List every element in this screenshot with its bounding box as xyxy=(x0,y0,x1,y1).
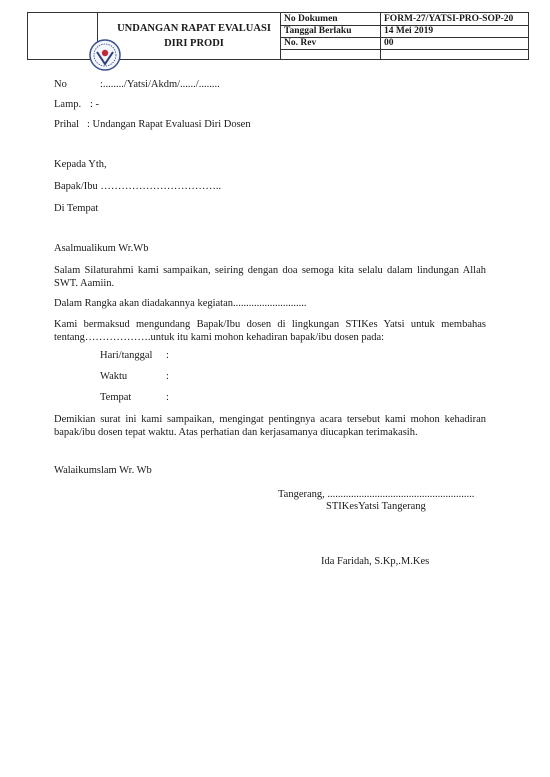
meta-value: FORM-27/YATSI-PRO-SOP-20 xyxy=(384,13,513,25)
detail-colon: : xyxy=(166,350,169,361)
closing-greeting: Walaikumslam Wr. Wb xyxy=(54,464,152,477)
letter-number: No :......../Yatsi/Akdm/....../........ xyxy=(54,78,67,91)
recipient-line-1: Kepada Yth, xyxy=(54,158,107,171)
detail-colon: : xyxy=(166,371,169,382)
field-label: No xyxy=(54,79,67,90)
institution-name: STIKesYatsi Tangerang xyxy=(326,500,426,513)
detail-label: Hari/tanggal xyxy=(100,350,152,361)
meta-label: No. Rev xyxy=(284,37,316,49)
meta-value: 00 xyxy=(384,37,394,49)
institution-seal-icon xyxy=(88,38,122,72)
meta-value: 14 Mei 2019 xyxy=(384,25,433,37)
detail-label: Waktu xyxy=(100,371,127,382)
signatory-name: Ida Faridah, S.Kp,.M.Kes xyxy=(321,555,429,568)
document-title: UNDANGAN RAPAT EVALUASI DIRI PRODI xyxy=(98,13,281,59)
document-title-text: UNDANGAN RAPAT EVALUASI DIRI PRODI xyxy=(108,21,280,51)
field-label: Prihal xyxy=(54,119,79,130)
detail-colon: : xyxy=(166,392,169,403)
meta-label: No Dokumen xyxy=(284,13,338,25)
field-value: : Undangan Rapat Evaluasi Diri Dosen xyxy=(87,118,251,131)
meta-label: Tanggal Berlaku xyxy=(284,25,352,37)
paragraph-salutation: Salam Silaturahmi kami sampaikan, seirin… xyxy=(54,264,486,290)
paragraph-event: Dalam Rangka akan diadakannya kegiatan..… xyxy=(54,297,486,310)
paragraph-invitation: Kami bermaksud mengundang Bapak/Ibu dose… xyxy=(54,318,486,344)
paragraph-closing: Demikian surat ini kami sampaikan, mengi… xyxy=(54,413,486,439)
field-value: :......../Yatsi/Akdm/....../........ xyxy=(100,78,220,91)
greeting: Asalmualikum Wr.Wb xyxy=(54,242,148,255)
field-value: : - xyxy=(90,98,99,111)
recipient-line-3: Di Tempat xyxy=(54,202,98,215)
letter-subject: Prihal : Undangan Rapat Evaluasi Diri Do… xyxy=(54,118,79,131)
meta-row-empty xyxy=(281,49,528,61)
recipient-line-2: Bapak/Ibu …………………………….. xyxy=(54,180,221,193)
field-label: Lamp. xyxy=(54,99,81,110)
document-meta-table: No Dokumen FORM-27/YATSI-PRO-SOP-20 Tang… xyxy=(281,13,528,59)
detail-label: Tempat xyxy=(100,392,131,403)
letter-attachment: Lamp. : - xyxy=(54,98,81,111)
